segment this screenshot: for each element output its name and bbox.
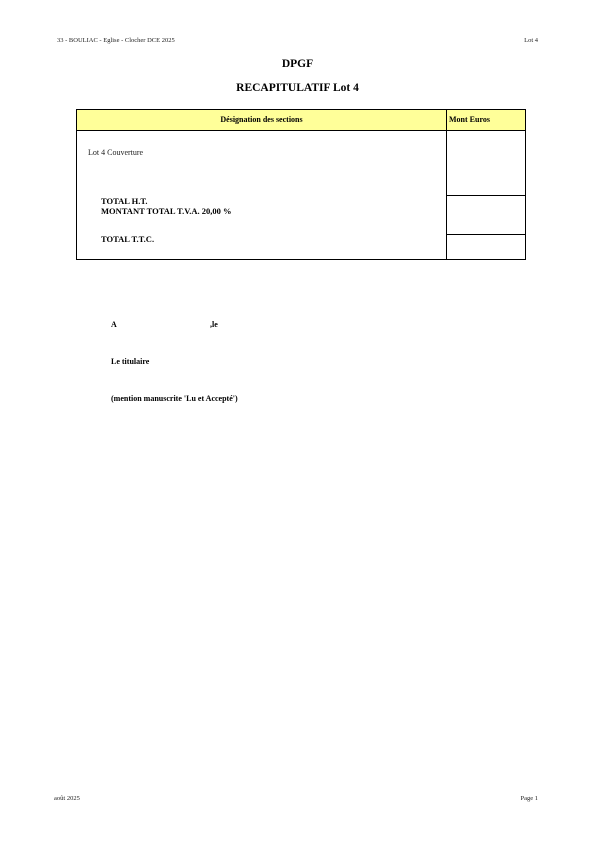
- signature-mention: (mention manuscrite 'Lu et Accepté'): [111, 394, 238, 403]
- amount-divider-ttc: [446, 234, 525, 235]
- table-row-lot-label: Lot 4 Couverture: [88, 148, 143, 157]
- total-tva-label: MONTANT TOTAL T.V.A. 20,00 %: [101, 206, 232, 216]
- column-header-designation: Désignation des sections: [77, 110, 446, 130]
- signature-place-label: A: [111, 320, 117, 329]
- document-title: DPGF: [0, 58, 595, 70]
- table-header: Désignation des sections Mont Euros: [77, 110, 525, 131]
- column-divider: [446, 110, 447, 259]
- document-subtitle: RECAPITULATIF Lot 4: [0, 82, 595, 94]
- footer-date: août 2025: [54, 795, 80, 802]
- header-lot: Lot 4: [524, 37, 538, 44]
- total-ttc-label: TOTAL T.T.C.: [101, 234, 154, 244]
- column-header-amount: Mont Euros: [448, 110, 527, 130]
- amount-divider-ht: [446, 195, 525, 196]
- total-ht-label: TOTAL H.T.: [101, 196, 148, 206]
- recap-table: Désignation des sections Mont Euros Lot …: [76, 109, 526, 260]
- signature-date-label: ,le: [210, 320, 218, 329]
- footer-page-number: Page 1: [520, 795, 538, 802]
- header-project: 33 - BOULIAC - Eglise - Clocher DCE 2025: [57, 37, 175, 44]
- signature-holder-label: Le titulaire: [111, 357, 149, 366]
